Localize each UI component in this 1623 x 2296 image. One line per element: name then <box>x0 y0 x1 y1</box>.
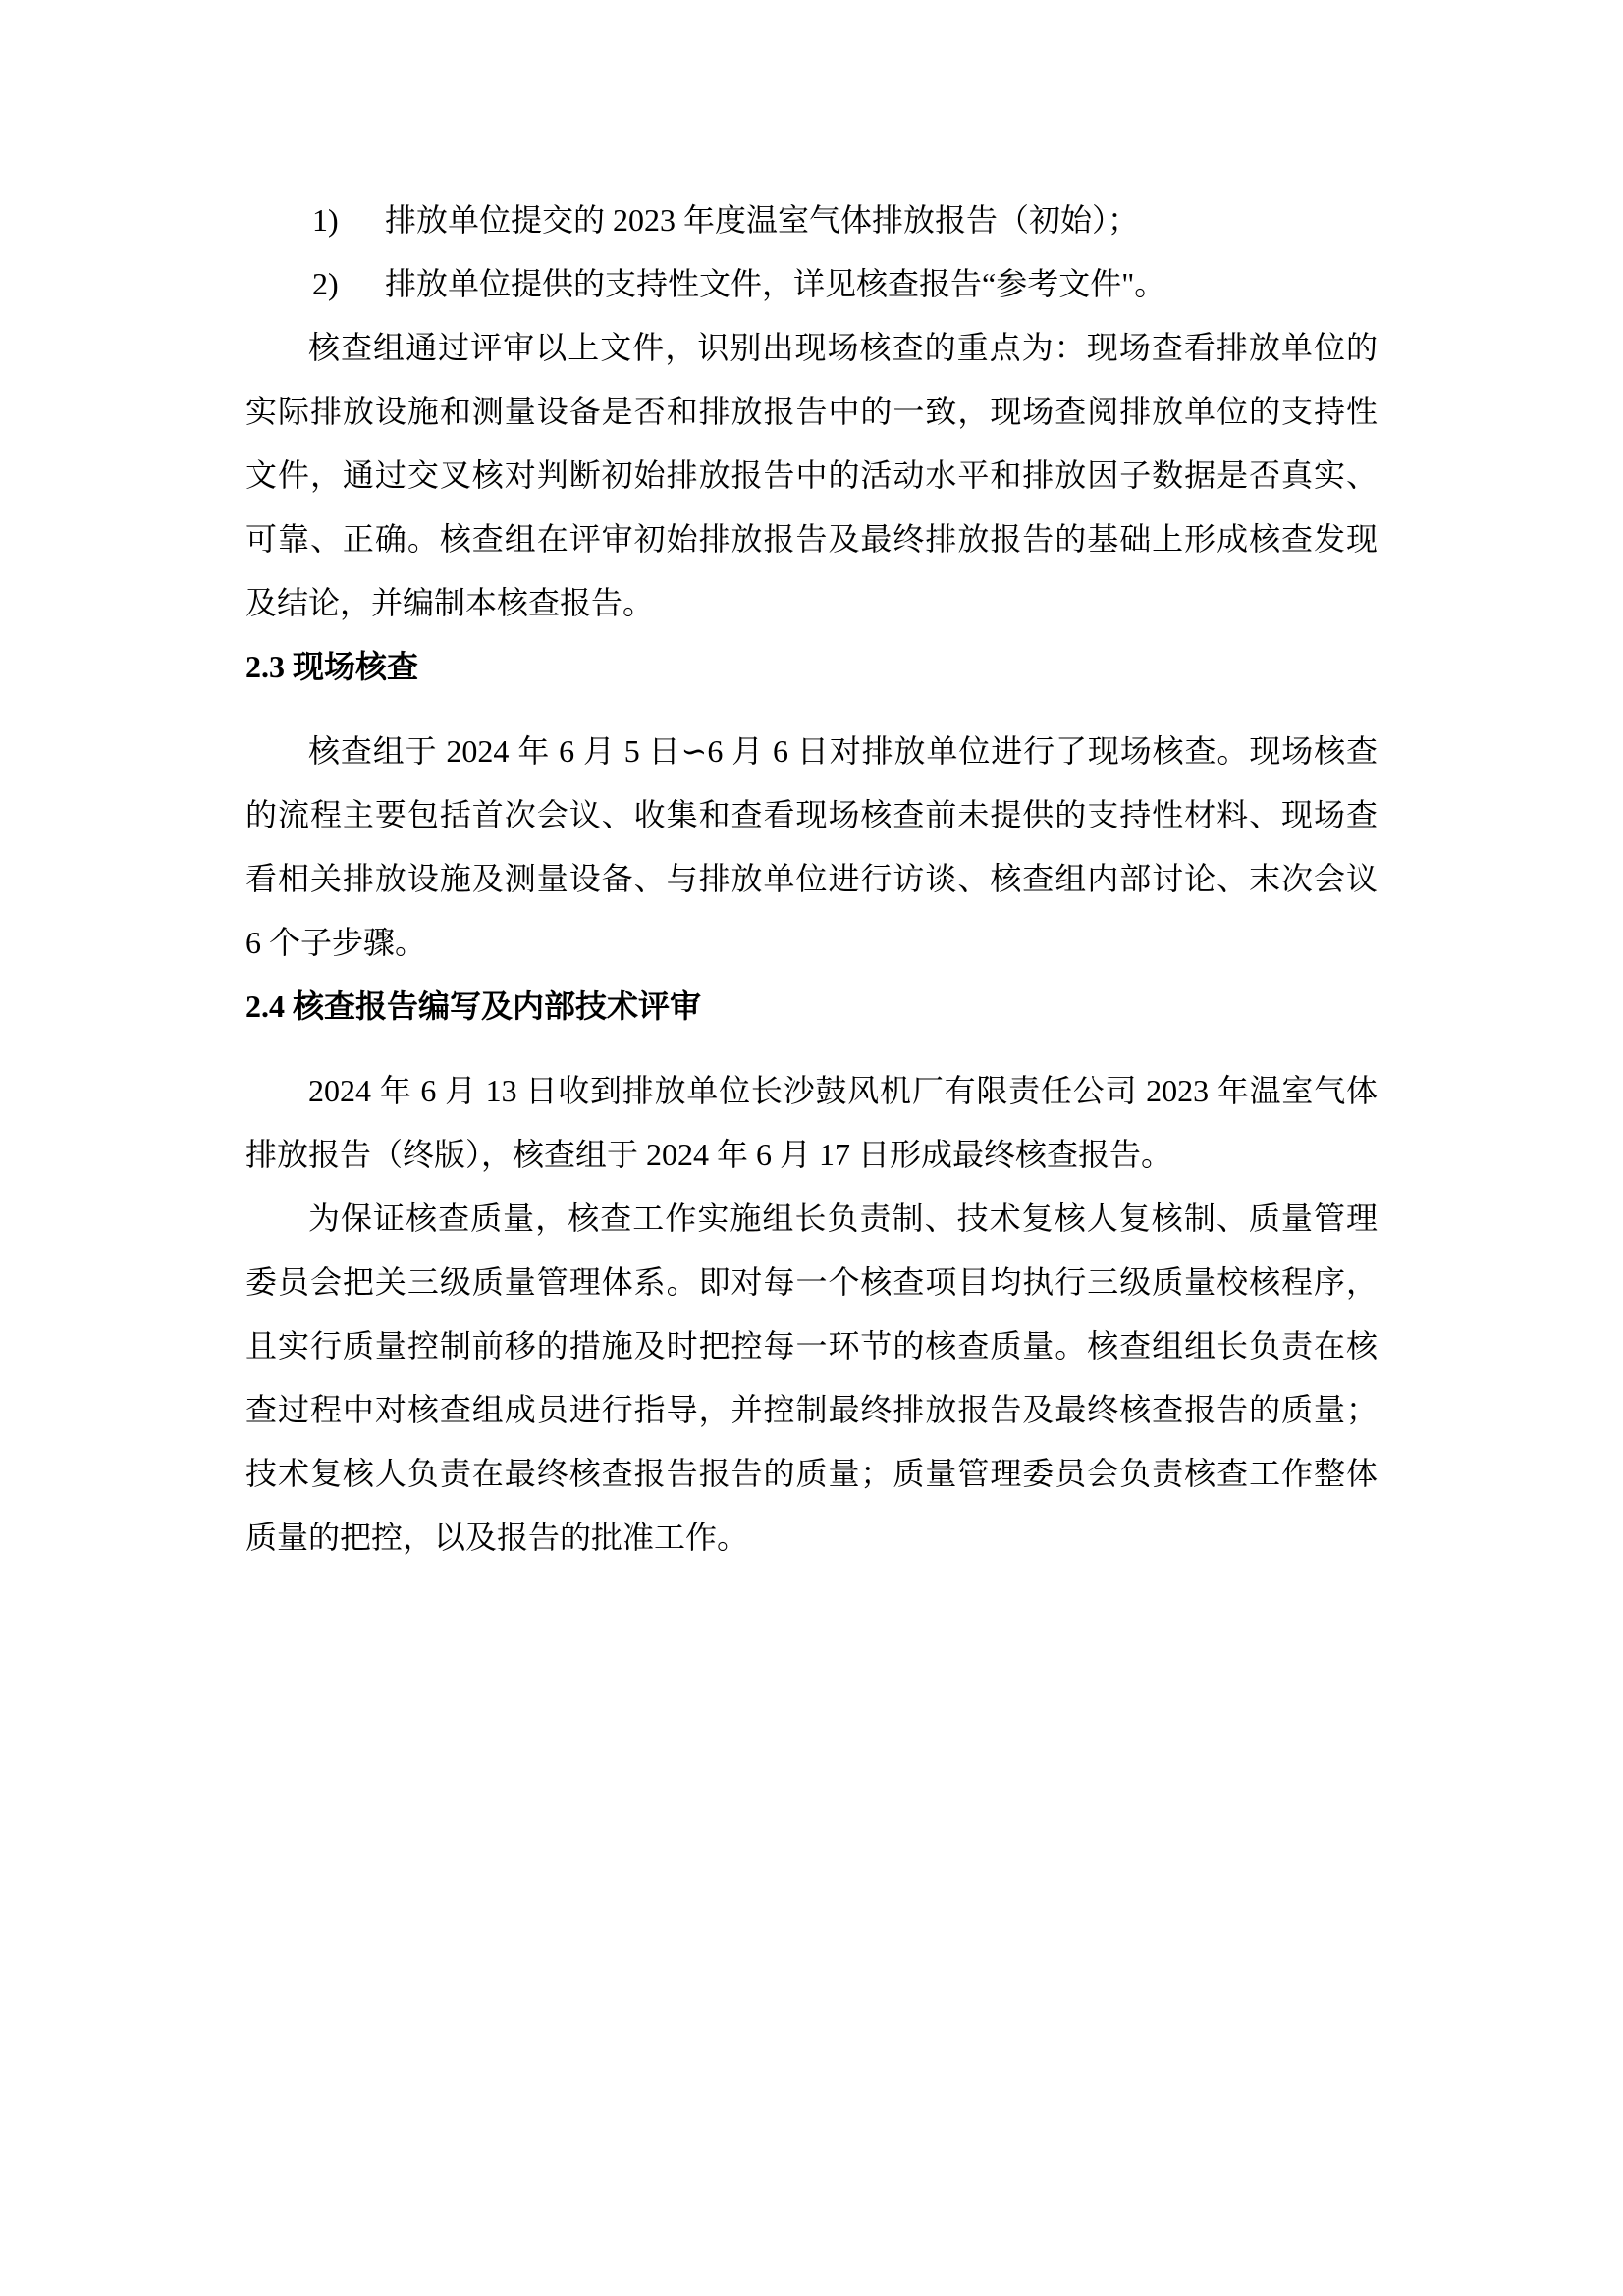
list-item-number: 1) <box>312 188 385 252</box>
list-item-text: 排放单位提供的支持性文件，详见核查报告“参考文件"。 <box>385 266 1165 301</box>
paragraph-line: 文件，通过交叉核对判断初始排放报告中的活动水平和排放因子数据是否真实、 <box>245 444 1378 507</box>
paragraph-line: 排放报告（终版），核查组于 2024 年 6 月 17 日形成最终核查报告。 <box>245 1123 1378 1187</box>
list-item-number: 2) <box>312 252 385 316</box>
paragraph-line: 实际排放设施和测量设备是否和排放报告中的一致，现场查阅排放单位的支持性 <box>245 380 1378 444</box>
paragraph-line: 的流程主要包括首次会议、收集和查看现场核查前未提供的支持性材料、现场查 <box>245 783 1378 847</box>
paragraph-line: 6 个子步骤。 <box>245 911 1378 975</box>
paragraph-line: 及结论，并编制本核查报告。 <box>245 571 1378 635</box>
paragraph-line: 可靠、正确。核查组在评审初始排放报告及最终排放报告的基础上形成核查发现 <box>245 507 1378 571</box>
document-page: 1)排放单位提交的 2023 年度温室气体排放报告（初始）； 2)排放单位提供的… <box>0 0 1623 2296</box>
paragraph-line: 看相关排放设施及测量设备、与排放单位进行访谈、核查组内部讨论、末次会议 <box>245 847 1378 911</box>
paragraph-line: 核查组于 2024 年 6 月 5 日∽6 月 6 日对排放单位进行了现场核查。… <box>245 720 1378 783</box>
text-block: 1)排放单位提交的 2023 年度温室气体排放报告（初始）； 2)排放单位提供的… <box>245 188 1378 1570</box>
list-item: 1)排放单位提交的 2023 年度温室气体排放报告（初始）； <box>245 188 1378 252</box>
list-item: 2)排放单位提供的支持性文件，详见核查报告“参考文件"。 <box>245 252 1378 316</box>
section-heading: 2.3 现场核查 <box>245 635 1378 699</box>
paragraph-line: 查过程中对核查组成员进行指导，并控制最终排放报告及最终核查报告的质量； <box>245 1378 1378 1442</box>
list-item-text: 排放单位提交的 2023 年度温室气体排放报告（初始）； <box>385 202 1139 238</box>
paragraph-line: 核查组通过评审以上文件，识别出现场核查的重点为：现场查看排放单位的 <box>245 316 1378 380</box>
section-heading: 2.4 核查报告编写及内部技术评审 <box>245 975 1378 1039</box>
paragraph-line: 2024 年 6 月 13 日收到排放单位长沙鼓风机厂有限责任公司 2023 年… <box>245 1059 1378 1123</box>
paragraph-line: 质量的把控，以及报告的批准工作。 <box>245 1506 1378 1570</box>
paragraph-line: 委员会把关三级质量管理体系。即对每一个核查项目均执行三级质量校核程序， <box>245 1251 1378 1314</box>
paragraph-line: 且实行质量控制前移的措施及时把控每一环节的核查质量。核查组组长负责在核 <box>245 1314 1378 1378</box>
paragraph-line: 为保证核查质量，核查工作实施组长负责制、技术复核人复核制、质量管理 <box>245 1187 1378 1251</box>
paragraph-line: 技术复核人负责在最终核查报告报告的质量；质量管理委员会负责核查工作整体 <box>245 1442 1378 1506</box>
